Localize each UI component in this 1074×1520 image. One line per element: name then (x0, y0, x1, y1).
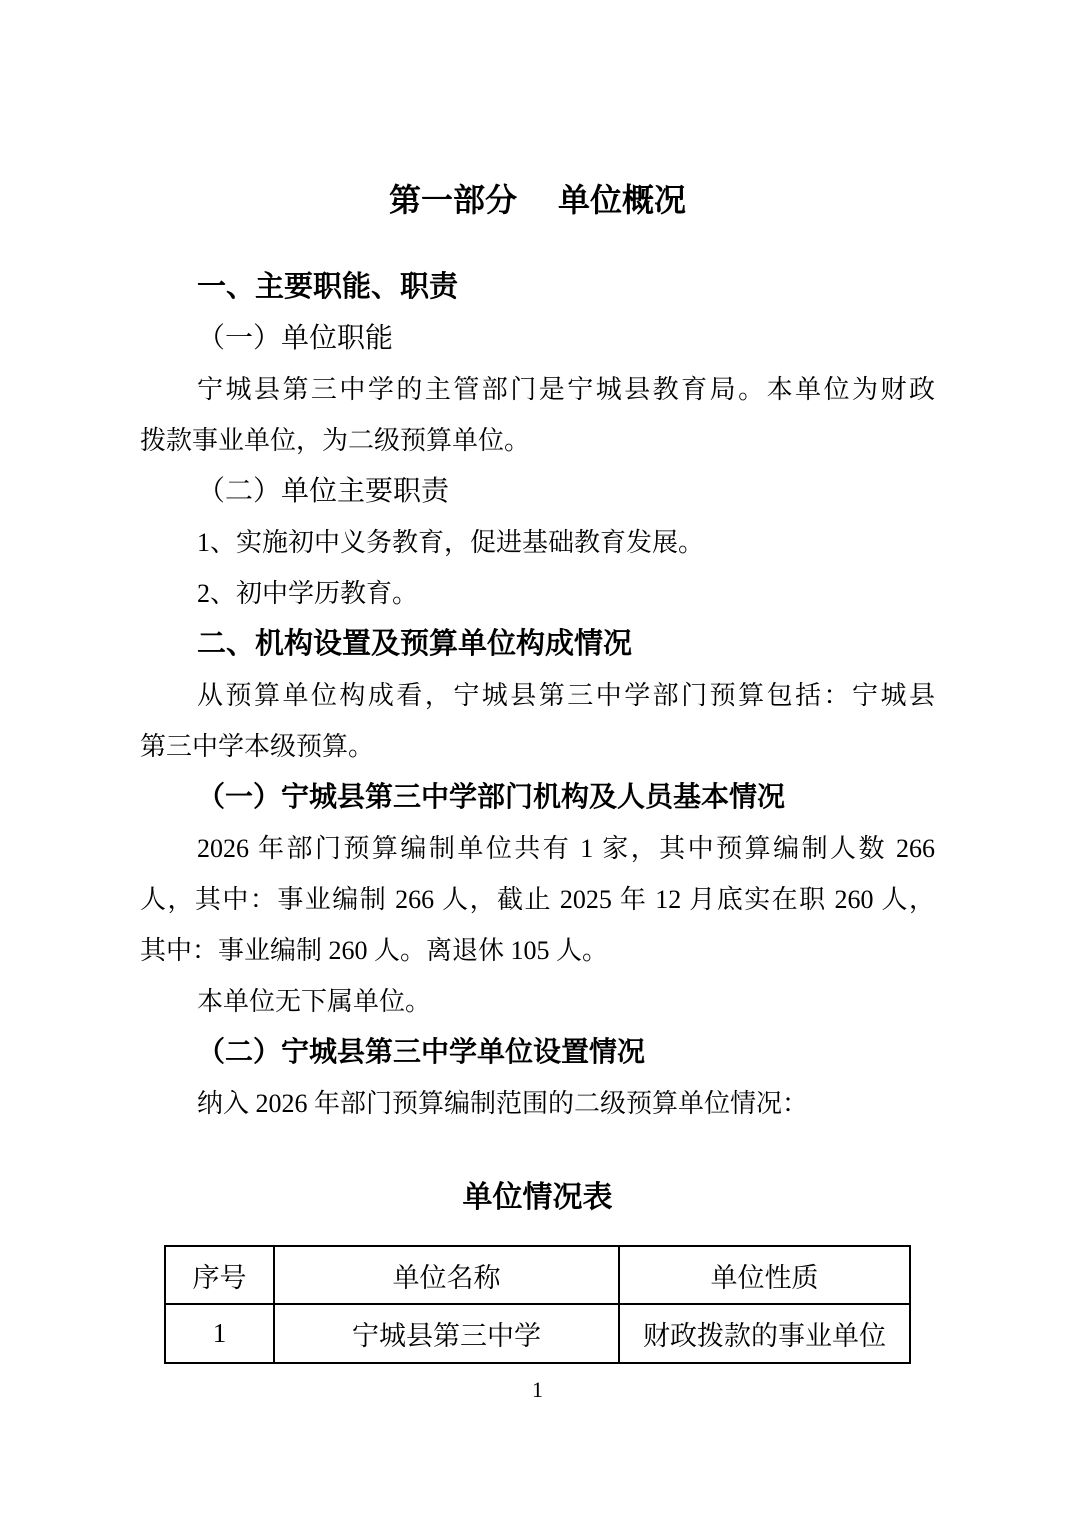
heading-unit-setup: （二）宁城县第三中学单位设置情况 (140, 1027, 935, 1078)
unit-table-header-no: 序号 (165, 1246, 274, 1304)
page-number: 1 (140, 1376, 935, 1404)
heading-org-staff: （一）宁城县第三中学部门机构及人员基本情况 (140, 772, 935, 823)
unit-table-cell-name: 宁城县第三中学 (274, 1304, 619, 1363)
unit-table-header-type: 单位性质 (619, 1246, 910, 1304)
paragraph-no-subunit: 本单位无下属单位。 (140, 976, 935, 1027)
heading-main-functions: 一、主要职能、职责 (140, 262, 935, 313)
paragraph-supervisor-line-2: 拨款事业单位，为二级预算单位。 (140, 415, 935, 466)
heading-org-setup: 二、机构设置及预算单位构成情况 (140, 619, 935, 670)
unit-table: 序号 单位名称 单位性质 1 宁城县第三中学 财政拨款的事业单位 (164, 1245, 911, 1364)
heading-unit-functions: （一）单位职能 (140, 313, 935, 364)
unit-table-cell-type: 财政拨款的事业单位 (619, 1304, 910, 1363)
paragraph-staffing-line-1: 2026 年部门预算编制单位共有 1 家，其中预算编制人数 266 (140, 823, 935, 874)
paragraph-budget-scope: 从预算单位构成看，宁城县第三中学部门预算包括：宁城县 第三中学本级预算。 (140, 670, 935, 772)
duty-item-1: 1、实施初中义务教育，促进基础教育发展。 (140, 517, 935, 568)
paragraph-budget-scope-line-1: 从预算单位构成看，宁城县第三中学部门预算包括：宁城县 (140, 670, 935, 721)
paragraph-staffing-line-3: 其中：事业编制 260 人。离退休 105 人。 (140, 925, 935, 976)
duty-item-2: 2、初中学历教育。 (140, 568, 935, 619)
document-page: 第一部分 单位概况 一、主要职能、职责 （一）单位职能 宁城县第三中学的主管部门… (0, 0, 1074, 1520)
page-title: 第一部分 单位概况 (140, 173, 935, 227)
paragraph-staffing: 2026 年部门预算编制单位共有 1 家，其中预算编制人数 266 人，其中：事… (140, 823, 935, 976)
heading-unit-duties: （二）单位主要职责 (140, 466, 935, 517)
paragraph-staffing-line-2: 人，其中：事业编制 266 人，截止 2025 年 12 月底实在职 260 人… (140, 874, 935, 925)
paragraph-supervisor-line-1: 宁城县第三中学的主管部门是宁城县教育局。本单位为财政 (140, 364, 935, 415)
unit-table-header-name: 单位名称 (274, 1246, 619, 1304)
unit-table-cell-no: 1 (165, 1304, 274, 1363)
paragraph-budget-scope-line-2: 第三中学本级预算。 (140, 721, 935, 772)
unit-table-row: 1 宁城县第三中学 财政拨款的事业单位 (165, 1304, 910, 1363)
unit-table-header-row: 序号 单位名称 单位性质 (165, 1246, 910, 1304)
paragraph-unit-list-intro: 纳入 2026 年部门预算编制范围的二级预算单位情况： (140, 1078, 935, 1129)
unit-table-title: 单位情况表 (140, 1172, 935, 1223)
paragraph-supervisor: 宁城县第三中学的主管部门是宁城县教育局。本单位为财政 拨款事业单位，为二级预算单… (140, 364, 935, 466)
